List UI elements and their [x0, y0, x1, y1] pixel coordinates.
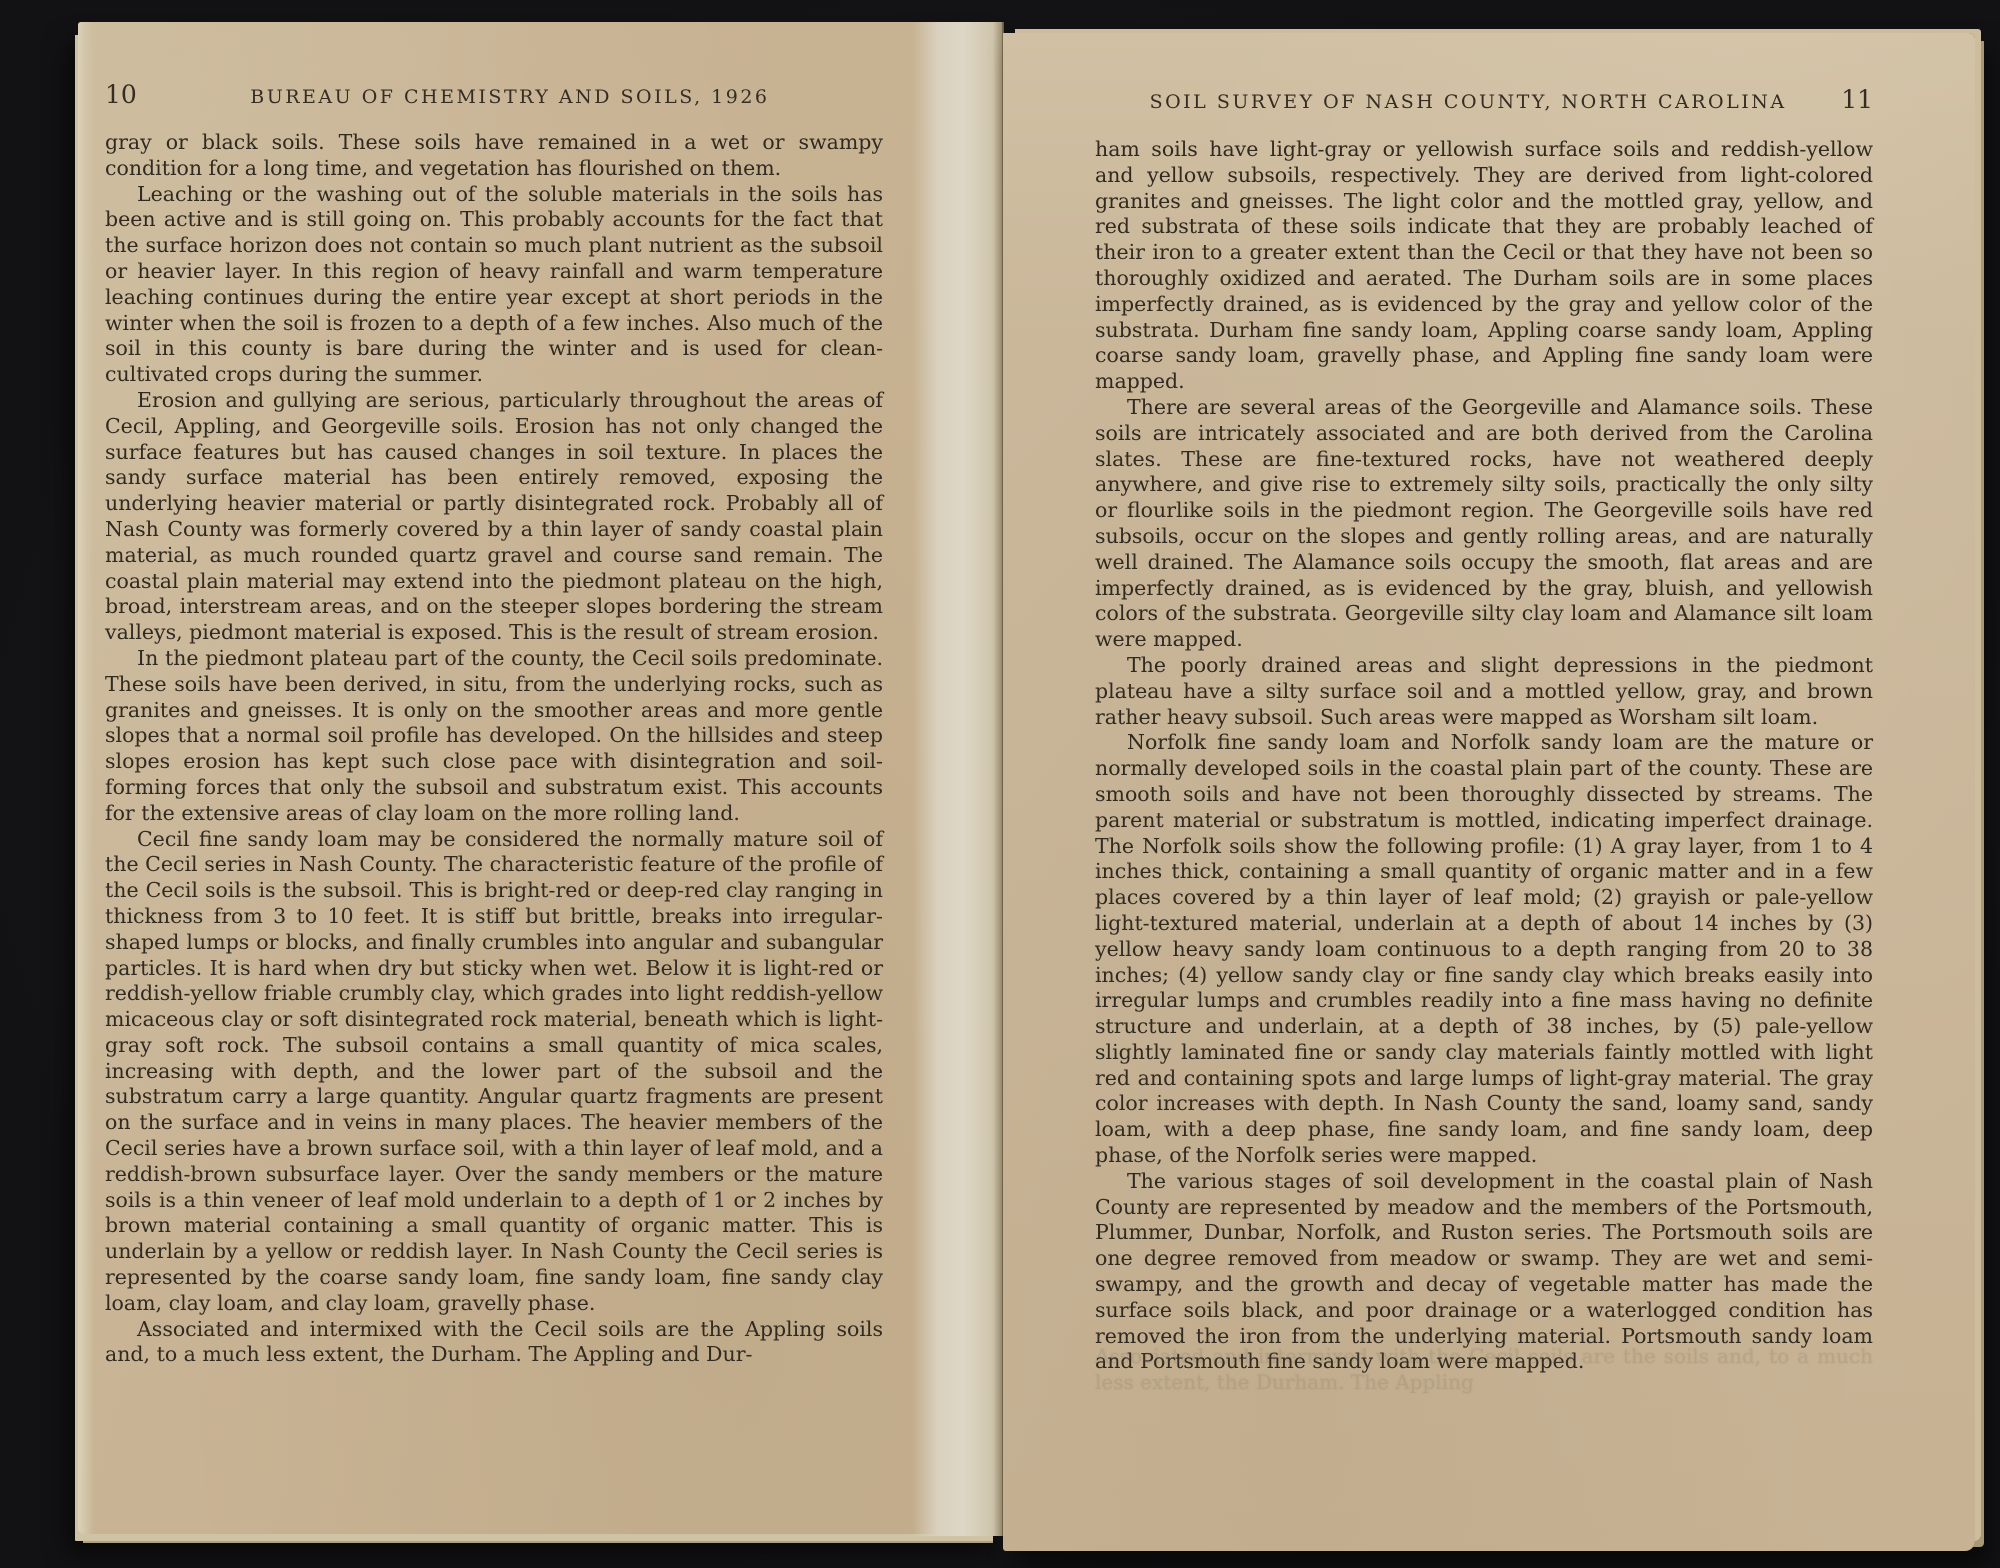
paragraph: Leaching or the washing out of the solub…	[105, 182, 883, 388]
paragraph: The poorly drained areas and slight depr…	[1095, 653, 1873, 730]
right-page: SOIL SURVEY OF NASH COUNTY, NORTH CAROLI…	[1003, 33, 1975, 1551]
scan-background: 10 BUREAU OF CHEMISTRY AND SOILS, 1926 g…	[0, 0, 2000, 1568]
right-page-body: ham soils have light-gray or yellowish s…	[1095, 137, 1873, 1375]
show-through-text: Associated and intermixed with the Cecil…	[1095, 1343, 1873, 1395]
paragraph: In the piedmont plateau part of the coun…	[105, 646, 883, 827]
paragraph: Erosion and gullying are serious, partic…	[105, 388, 883, 646]
paragraph: gray or black soils. These soils have re…	[105, 130, 883, 182]
binding-hinge	[912, 22, 1004, 1536]
left-page-number: 10	[105, 80, 137, 109]
left-page-body: gray or black soils. These soils have re…	[105, 130, 883, 1368]
paragraph: Cecil fine sandy loam may be considered …	[105, 827, 883, 1317]
paragraph: Associated and intermixed with the Cecil…	[105, 1317, 883, 1369]
left-page: 10 BUREAU OF CHEMISTRY AND SOILS, 1926 g…	[78, 22, 1002, 1534]
paragraph: Norfolk fine sandy loam and Norfolk sand…	[1095, 730, 1873, 1169]
right-page-header: SOIL SURVEY OF NASH COUNTY, NORTH CAROLI…	[1095, 85, 1873, 114]
right-running-title: SOIL SURVEY OF NASH COUNTY, NORTH CAROLI…	[1095, 91, 1841, 113]
right-page-number: 11	[1841, 85, 1873, 114]
paragraph: There are several areas of the Georgevil…	[1095, 395, 1873, 653]
left-page-header: 10 BUREAU OF CHEMISTRY AND SOILS, 1926	[105, 80, 883, 109]
left-running-title: BUREAU OF CHEMISTRY AND SOILS, 1926	[137, 86, 883, 108]
paragraph: ham soils have light-gray or yellowish s…	[1095, 137, 1873, 395]
